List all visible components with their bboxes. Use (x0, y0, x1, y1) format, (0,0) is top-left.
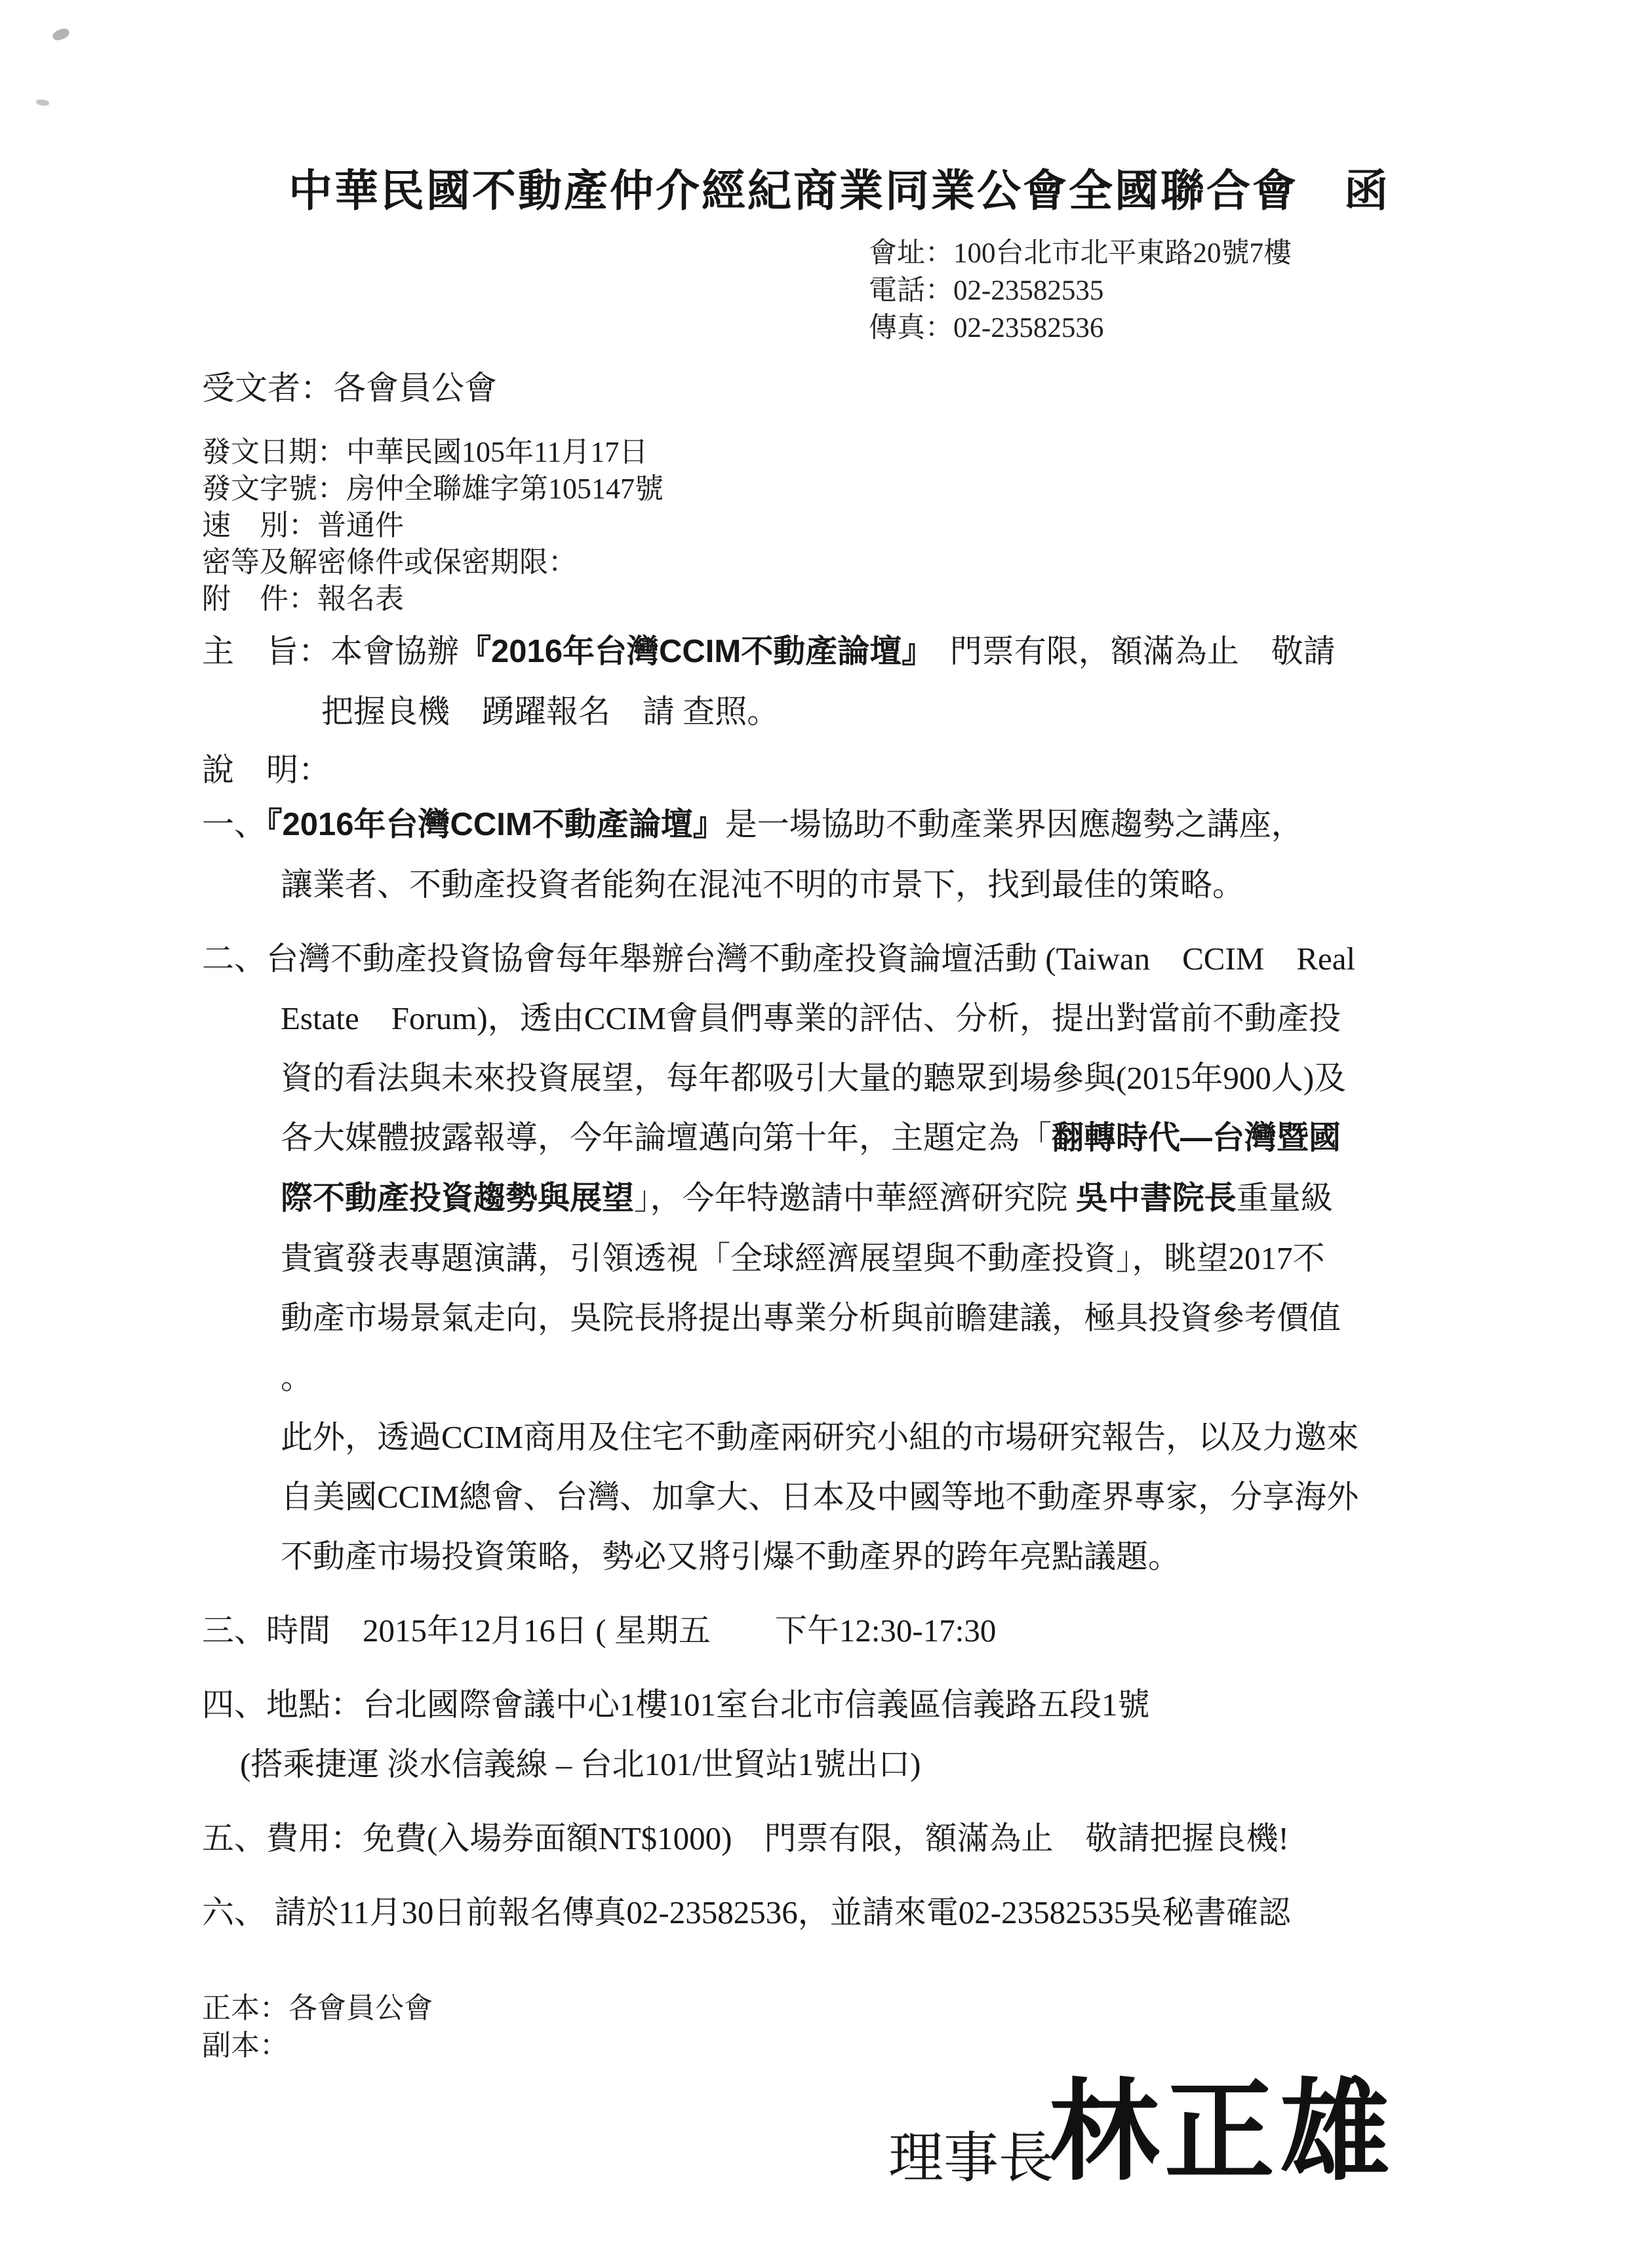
text-segment: 六、 請於11月30日前報名傳真02-23582536，並請來電02-23582… (202, 1894, 1290, 1930)
text-line: 資的看法與未來投資展望，每年都吸引大量的聽眾到場參與(2015年900人)及 (202, 1048, 1358, 1108)
text-line: 此外，透過CCIM商用及住宅不動產兩研究小組的市場研究報告，以及力邀來 (202, 1407, 1358, 1467)
text-line: 密等及解密條件或保密期限： (202, 544, 664, 581)
text-segment: 讓業者、不動產投資者能夠在混沌不明的市景下，找到最佳的策略。 (281, 867, 1244, 903)
text-line: 各大媒體披露報導，今年論壇邁向第十年，主題定為「翻轉時代—台灣暨國 (202, 1108, 1358, 1168)
copies-block: 正本：各會員公會副本： (202, 1989, 433, 2064)
text-line: 際不動產投資趨勢與展望」，今年特邀請中華經濟研究院 吳中書院長重量級 (202, 1168, 1358, 1228)
text-line: 主 旨：本會協辦『2016年台灣CCIM不動產論壇』 門票有限，額滿為止 敬請 (202, 621, 1336, 682)
text-line: 讓業者、不動產投資者能夠在混沌不明的市景下，找到最佳的策略。 (202, 855, 1358, 914)
text-line: 三、時間 2015年12月16日 ( 星期五 下午12:30-17:30 (202, 1601, 1358, 1660)
scan-artifact (35, 99, 49, 107)
meta-block: 發文日期：中華民國105年11月17日發文字號：房仲全聯雄字第105147號速 … (202, 434, 664, 617)
text-line: Estate Forum)，透由CCIM會員們專業的評估、分析，提出對當前不動產… (202, 988, 1358, 1048)
text-line: 二、台灣不動產投資協會每年舉辦台灣不動產投資論壇活動 (Taiwan CCIM … (202, 929, 1358, 988)
numbered-section: 四、地點：台北國際會議中心1樓101室台北市信義區信義路五段1號(搭乘捷運 淡水… (202, 1675, 1358, 1794)
text-segment: (搭乘捷運 淡水信義線 – 台北101/世貿站1號出口) (240, 1746, 921, 1782)
text-segment: 是一場協助不動產業界因應趨勢之講座， (725, 806, 1303, 842)
text-line: 一、『2016年台灣CCIM不動產論壇』是一場協助不動產業界因應趨勢之講座， (202, 794, 1358, 855)
text-segment: 門票有限，額滿為止 敬請 (918, 633, 1336, 669)
numbered-section: 六、 請於11月30日前報名傳真02-23582536，並請來電02-23582… (202, 1883, 1358, 1942)
text-line: 五、費用：免費(入場券面額NT$1000) 門票有限，額滿為止 敬請把握良機! (202, 1809, 1358, 1868)
bold-text-segment: 『2016年台灣CCIM不動產論壇』 (266, 807, 725, 842)
text-segment: 動產市場景氣走向，吳院長將提出專業分析與前瞻建議，極具投資參考價值 (281, 1300, 1341, 1336)
text-line: 貴賓發表專題演講，引領透視「全球經濟展望與不動產投資」，眺望2017不 (202, 1228, 1358, 1288)
text-segment: 主 旨：本會協辦 (202, 633, 459, 669)
text-segment: 不動產市場投資策略，勢必又將引爆不動產界的跨年亮點議題。 (281, 1538, 1180, 1574)
signer-title: 理事長 (888, 2114, 1054, 2193)
text-segment: 此外，透過CCIM商用及住宅不動產兩研究小組的市場研究報告，以及力邀來 (281, 1419, 1358, 1455)
text-segment: 一、 (202, 806, 266, 842)
scan-artifact (51, 27, 71, 43)
text-line: 不動產市場投資策略，勢必又將引爆不動產界的跨年亮點議題。 (202, 1527, 1358, 1586)
bold-text-segment: 翻轉時代—台灣暨國 (1052, 1120, 1341, 1156)
text-segment: 自美國CCIM總會、台灣、加拿大、日本及中國等地不動產界專家，分享海外 (281, 1479, 1358, 1515)
text-line: 速 別：普通件 (202, 507, 664, 544)
recipient-line: 受文者：各會員公會 (202, 362, 497, 409)
text-line: 六、 請於11月30日前報名傳真02-23582536，並請來電02-23582… (202, 1883, 1358, 1942)
numbered-section: 三、時間 2015年12月16日 ( 星期五 下午12:30-17:30 (202, 1601, 1358, 1660)
text-segment: 把握良機 踴躍報名 請 查照。 (321, 694, 779, 730)
text-segment: Estate Forum)，透由CCIM會員們專業的評估、分析，提出對當前不動產… (281, 1000, 1341, 1036)
text-segment: 貴賓發表專題演講，引領透視「全球經濟展望與不動產投資」，眺望2017不 (281, 1240, 1325, 1276)
body-sections: 一、『2016年台灣CCIM不動產論壇』是一場協助不動產業界因應趨勢之講座，讓業… (202, 794, 1358, 1957)
contact-address: 會址：100台北市北平東路20號7樓 (869, 235, 1292, 272)
text-line: 把握良機 踴躍報名 請 查照。 (202, 682, 1336, 742)
text-segment: 各大媒體披露報導，今年論壇邁向第十年，主題定為「 (281, 1120, 1052, 1156)
text-segment: 」，今年特邀請中華經濟研究院 (634, 1180, 1076, 1216)
subject-block: 主 旨：本會協辦『2016年台灣CCIM不動產論壇』 門票有限，額滿為止 敬請把… (202, 621, 1336, 742)
bold-text-segment: 吳中書院長 (1076, 1181, 1237, 1216)
numbered-section: 二、台灣不動產投資協會每年舉辦台灣不動產投資論壇活動 (Taiwan CCIM … (202, 929, 1358, 1586)
contact-block: 會址：100台北市北平東路20號7樓 電話：02-23582535 傳真：02-… (869, 235, 1292, 347)
text-segment: 三、時間 2015年12月16日 ( 星期五 下午12:30-17:30 (202, 1613, 996, 1649)
numbered-section: 一、『2016年台灣CCIM不動產論壇』是一場協助不動產業界因應趨勢之講座，讓業… (202, 794, 1358, 914)
text-line: 副本： (202, 2027, 433, 2064)
text-line: (搭乘捷運 淡水信義線 – 台北101/世貿站1號出口) (202, 1734, 1358, 1794)
text-line: 動產市場景氣走向，吳院長將提出專業分析與前瞻建議，極具投資參考價值 (202, 1288, 1358, 1348)
text-line: 正本：各會員公會 (202, 1989, 433, 2027)
contact-fax: 傳真：02-23582536 (869, 309, 1292, 347)
text-segment: 五、費用：免費(入場券面額NT$1000) 門票有限，額滿為止 敬請把握良機! (202, 1820, 1289, 1856)
text-segment: 二、台灣不動產投資協會每年舉辦台灣不動產投資論壇活動 (Taiwan CCIM … (202, 941, 1355, 977)
explanation-label: 說 明： (202, 745, 330, 791)
numbered-section: 五、費用：免費(入場券面額NT$1000) 門票有限，額滿為止 敬請把握良機! (202, 1809, 1358, 1868)
text-line: 發文字號：房仲全聯雄字第105147號 (202, 471, 664, 507)
text-line: 。 (202, 1348, 1358, 1407)
text-line: 發文日期：中華民國105年11月17日 (202, 434, 664, 471)
text-segment: 。 (281, 1359, 313, 1396)
bold-text-segment: 際不動產投資趨勢與展望 (281, 1181, 634, 1216)
document-title: 中華民國不動產仲介經紀商業同業公會全國聯合會 函 (288, 156, 1390, 219)
text-line: 四、地點：台北國際會議中心1樓101室台北市信義區信義路五段1號 (202, 1675, 1358, 1734)
text-line: 附 件：報名表 (202, 581, 664, 617)
text-line: 自美國CCIM總會、台灣、加拿大、日本及中國等地不動產界專家，分享海外 (202, 1467, 1358, 1527)
text-segment: 資的看法與未來投資展望，每年都吸引大量的聽眾到場參與(2015年900人)及 (281, 1060, 1346, 1096)
contact-phone: 電話：02-23582535 (869, 272, 1292, 309)
signer-name: 林正雄 (1049, 2044, 1395, 2202)
text-segment: 四、地點：台北國際會議中心1樓101室台北市信義區信義路五段1號 (202, 1687, 1150, 1723)
bold-text-segment: 『2016年台灣CCIM不動產論壇』 (459, 634, 918, 669)
text-segment: 重量級 (1237, 1180, 1333, 1216)
